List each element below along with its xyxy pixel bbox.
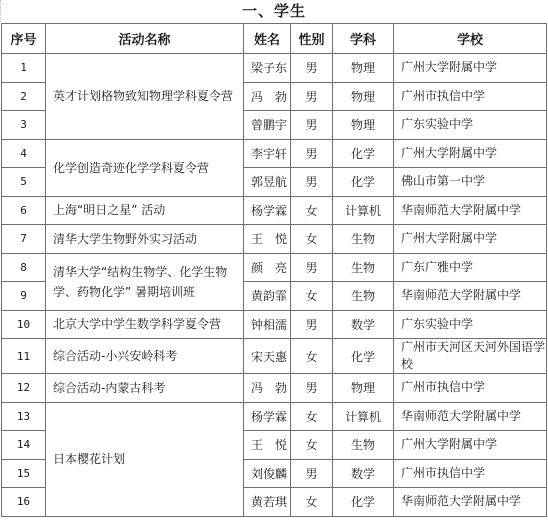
table-row: 7 清华大学生物野外实习活动 王 悦 女 生物 广州大学附属中学 [2, 225, 547, 254]
student-school: 华南师范大学附属中学 [394, 282, 547, 311]
row-number: 7 [2, 225, 46, 254]
table-row: 1 英才计划格物致知物理学科夏令营 梁子东 男 物理 广州大学附属中学 [2, 54, 547, 83]
student-gender: 女 [291, 225, 333, 254]
header-activity: 活动名称 [46, 24, 244, 54]
student-school: 广州市执信中学 [394, 82, 547, 111]
student-subject: 计算机 [333, 402, 394, 431]
student-gender: 男 [291, 459, 333, 488]
row-number: 10 [2, 310, 46, 339]
activity-name: 上海“明日之星” 活动 [46, 196, 244, 225]
section-title: 一、学生 [0, 0, 548, 22]
student-school: 广州大学附属中学 [394, 54, 547, 83]
student-school: 广州市执信中学 [394, 459, 547, 488]
student-subject: 化学 [333, 488, 394, 517]
student-name: 梁子东 [244, 54, 291, 83]
student-gender: 男 [291, 374, 333, 403]
student-subject: 化学 [333, 339, 394, 374]
student-name: 刘俊麟 [244, 459, 291, 488]
student-subject: 数学 [333, 459, 394, 488]
row-number: 1 [2, 54, 46, 83]
student-subject: 化学 [333, 168, 394, 197]
table-row: 4 化学创造奇迹化学学科夏令营 李宇轩 男 化学 广州大学附属中学 [2, 139, 547, 168]
student-name: 杨学霖 [244, 196, 291, 225]
student-school: 广州市执信中学 [394, 374, 547, 403]
activity-name: 英才计划格物致知物理学科夏令营 [46, 54, 244, 140]
header-school: 学校 [394, 24, 547, 54]
student-gender: 男 [291, 54, 333, 83]
header-no: 序号 [2, 24, 46, 54]
student-gender: 男 [291, 139, 333, 168]
student-name: 黄韵霏 [244, 282, 291, 311]
student-name: 黄若琪 [244, 488, 291, 517]
row-number: 9 [2, 282, 46, 311]
student-school: 广东广雅中学 [394, 253, 547, 282]
student-name: 曾鹏宇 [244, 111, 291, 140]
student-subject: 物理 [333, 82, 394, 111]
student-subject: 数学 [333, 310, 394, 339]
student-school: 华南师范大学附属中学 [394, 488, 547, 517]
student-name: 冯 勃 [244, 374, 291, 403]
student-name: 郭昱航 [244, 168, 291, 197]
student-subject: 物理 [333, 111, 394, 140]
activity-name: 综合活动-内蒙古科考 [46, 374, 244, 403]
student-subject: 物理 [333, 374, 394, 403]
student-gender: 女 [291, 402, 333, 431]
header-subject: 学科 [333, 24, 394, 54]
row-number: 3 [2, 111, 46, 140]
student-school: 广东实验中学 [394, 111, 547, 140]
student-school: 华南师范大学附属中学 [394, 196, 547, 225]
students-table: 序号 活动名称 姓名 性别 学科 学校 1 英才计划格物致知物理学科夏令营 梁子… [1, 23, 547, 517]
student-school: 广州大学附属中学 [394, 225, 547, 254]
student-gender: 女 [291, 488, 333, 517]
student-school: 佛山市第一中学 [394, 168, 547, 197]
table-row: 10 北京大学中学生数学科学夏令营 钟相濡 男 数学 广东实验中学 [2, 310, 547, 339]
header-gender: 性别 [291, 24, 333, 54]
student-school: 广州大学附属中学 [394, 431, 547, 460]
table-row: 8 清华大学“结构生物学、化学生物学、药物化学” 暑期培训班 颜 亮 男 生物 … [2, 253, 547, 282]
table-header-row: 序号 活动名称 姓名 性别 学科 学校 [2, 24, 547, 54]
table-row: 12 综合活动-内蒙古科考 冯 勃 男 物理 广州市执信中学 [2, 374, 547, 403]
row-number: 14 [2, 431, 46, 460]
student-school: 华南师范大学附属中学 [394, 402, 547, 431]
activity-name: 综合活动-小兴安岭科考 [46, 339, 244, 374]
student-gender: 女 [291, 196, 333, 225]
student-gender: 女 [291, 282, 333, 311]
student-school: 广东实验中学 [394, 310, 547, 339]
row-number: 8 [2, 253, 46, 282]
row-number: 11 [2, 339, 46, 374]
row-number: 4 [2, 139, 46, 168]
row-number: 2 [2, 82, 46, 111]
row-number: 16 [2, 488, 46, 517]
student-gender: 女 [291, 431, 333, 460]
activity-name: 北京大学中学生数学科学夏令营 [46, 310, 244, 339]
row-number: 12 [2, 374, 46, 403]
student-name: 冯 勃 [244, 82, 291, 111]
row-number: 13 [2, 402, 46, 431]
student-school: 广州大学附属中学 [394, 139, 547, 168]
table-row: 6 上海“明日之星” 活动 杨学霖 女 计算机 华南师范大学附属中学 [2, 196, 547, 225]
row-number: 15 [2, 459, 46, 488]
student-subject: 物理 [333, 54, 394, 83]
student-school: 广州市天河区天河外国语学校 [394, 339, 547, 374]
student-name: 王 悦 [244, 225, 291, 254]
student-gender: 男 [291, 168, 333, 197]
student-subject: 生物 [333, 225, 394, 254]
student-name: 宋天惠 [244, 339, 291, 374]
student-subject: 生物 [333, 253, 394, 282]
student-gender: 女 [291, 339, 333, 374]
student-name: 颜 亮 [244, 253, 291, 282]
student-name: 李宇轩 [244, 139, 291, 168]
student-gender: 男 [291, 310, 333, 339]
student-name: 王 悦 [244, 431, 291, 460]
table-row: 13 日本樱花计划 杨学霖 女 计算机 华南师范大学附属中学 [2, 402, 547, 431]
table-row: 11 综合活动-小兴安岭科考 宋天惠 女 化学 广州市天河区天河外国语学校 [2, 339, 547, 374]
activity-name: 日本樱花计划 [46, 402, 244, 516]
student-subject: 生物 [333, 282, 394, 311]
student-name: 杨学霖 [244, 402, 291, 431]
activity-name: 清华大学“结构生物学、化学生物学、药物化学” 暑期培训班 [46, 253, 244, 310]
row-number: 5 [2, 168, 46, 197]
student-subject: 生物 [333, 431, 394, 460]
student-gender: 男 [291, 111, 333, 140]
student-name: 钟相濡 [244, 310, 291, 339]
row-number: 6 [2, 196, 46, 225]
activity-name: 化学创造奇迹化学学科夏令营 [46, 139, 244, 196]
student-gender: 男 [291, 82, 333, 111]
header-name: 姓名 [244, 24, 291, 54]
student-subject: 计算机 [333, 196, 394, 225]
activity-name: 清华大学生物野外实习活动 [46, 225, 244, 254]
student-gender: 男 [291, 253, 333, 282]
student-subject: 化学 [333, 139, 394, 168]
